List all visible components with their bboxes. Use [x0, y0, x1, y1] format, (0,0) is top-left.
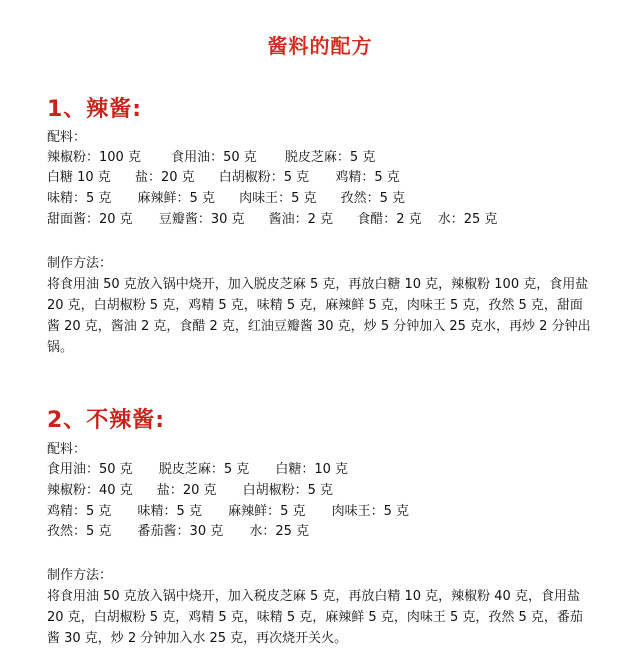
ingredient-item: 白糖：10 克 — [275, 460, 348, 480]
method-line: 酱 20 克，酱油 2 克，食醋 2 克，红油豆瓣酱 30 克，炒 5 分钟加入… — [47, 316, 632, 337]
ingredient-item: 白胡椒粉：5 克 — [243, 481, 333, 501]
ingredient-item: 孜然：5 克 — [47, 522, 111, 542]
method-line: 锅。 — [47, 337, 632, 358]
ingredient-row: 白糖 10 克 盐：20 克 白胡椒粉：5 克 鸡精：5 克 — [47, 168, 422, 188]
ingredient-item: 白糖 10 克 — [47, 168, 111, 188]
ingredient-item: 味精：5 克 — [138, 502, 202, 522]
method-label: 制作方法： — [47, 254, 112, 274]
ingredient-item: 番茄酱：30 克 — [138, 522, 224, 542]
method-paragraph: 将食用油 50 克放入锅中烧开，加入税皮芝麻 5 克，再放白精 10 克，辣椒粉… — [47, 586, 632, 649]
ingredient-item: 辣椒粉：40 克 — [47, 481, 133, 501]
ingredient-item: 鸡精：5 克 — [335, 168, 399, 188]
method-line: 将食用油 50 克放入锅中烧开，加入税皮芝麻 5 克，再放白精 10 克，辣椒粉… — [47, 586, 632, 607]
ingredient-item: 豆瓣酱：30 克 — [159, 210, 245, 230]
ingredient-item: 盐：20 克 — [157, 481, 217, 501]
ingredient-item: 食醋：2 克 — [357, 210, 421, 230]
ingredient-item: 甜面酱：20 克 — [47, 210, 133, 230]
ingredient-item: 食用油：50 克 — [47, 460, 133, 480]
ingredient-item: 脱皮芝麻：5 克 — [285, 148, 375, 168]
document-page: 酱料的配方 1、辣酱: 配料： 辣椒粉：100 克 食用油：50 克 脱皮芝麻：… — [0, 0, 640, 660]
ingredients-label: 配料： — [47, 128, 86, 148]
ingredient-item: 水：25 克 — [438, 210, 498, 230]
method-paragraph: 将食用油 50 克放入锅中烧开，加入脱皮芝麻 5 克，再放白糖 10 克，辣椒粉… — [47, 274, 632, 358]
ingredient-item: 麻辣鲜：5 克 — [138, 189, 215, 209]
ingredient-row: 孜然：5 克 番茄酱：30 克 水：25 克 — [47, 522, 331, 542]
ingredient-item: 脱皮芝麻：5 克 — [159, 460, 249, 480]
ingredients-label: 配料： — [47, 440, 86, 460]
ingredient-item: 食用油：50 克 — [171, 148, 257, 168]
ingredient-row: 味精：5 克 麻辣鲜：5 克 肉味王：5 克 孜然：5 克 — [47, 189, 427, 209]
ingredient-item: 肉味王：5 克 — [239, 189, 316, 209]
ingredient-item: 酱油：2 克 — [269, 210, 333, 230]
ingredient-item: 麻辣鲜：5 克 — [228, 502, 305, 522]
ingredient-row: 甜面酱：20 克 豆瓣酱：30 克 酱油：2 克 食醋：2 克 水：25 克 — [47, 210, 519, 230]
ingredient-row: 鸡精：5 克 味精：5 克 麻辣鲜：5 克 肉味王：5 克 — [47, 502, 431, 522]
ingredient-row: 辣椒粉：40 克 盐：20 克 白胡椒粉：5 克 — [47, 481, 355, 501]
ingredient-item: 味精：5 克 — [47, 189, 111, 209]
section-heading: 1、辣酱: — [47, 92, 142, 123]
ingredient-item: 盐：20 克 — [135, 168, 195, 188]
method-line: 将食用油 50 克放入锅中烧开，加入脱皮芝麻 5 克，再放白糖 10 克，辣椒粉… — [47, 274, 632, 295]
ingredient-item: 鸡精：5 克 — [47, 502, 111, 522]
method-line: 酱 30 克，炒 2 分钟加入水 25 克，再次烧开关火。 — [47, 628, 632, 649]
ingredient-item: 肉味王：5 克 — [332, 502, 409, 522]
ingredient-item: 辣椒粉：100 克 — [47, 148, 141, 168]
ingredient-row: 辣椒粉：100 克 食用油：50 克 脱皮芝麻：5 克 — [47, 148, 397, 168]
ingredient-item: 水：25 克 — [249, 522, 309, 542]
ingredient-item: 白胡椒粉：5 克 — [219, 168, 309, 188]
document-title: 酱料的配方 — [0, 30, 640, 59]
ingredient-row: 食用油：50 克 脱皮芝麻：5 克 白糖：10 克 — [47, 460, 370, 480]
method-line: 20 克，白胡椒粉 5 克，鸡精 5 克，味精 5 克，麻辣鲜 5 克，肉味王 … — [47, 607, 632, 628]
method-line: 20 克，白胡椒粉 5 克，鸡精 5 克，味精 5 克，麻辣鲜 5 克，肉味王 … — [47, 295, 632, 316]
method-label: 制作方法： — [47, 566, 112, 586]
ingredient-item: 孜然：5 克 — [341, 189, 405, 209]
section-heading: 2、不辣酱: — [47, 403, 165, 434]
